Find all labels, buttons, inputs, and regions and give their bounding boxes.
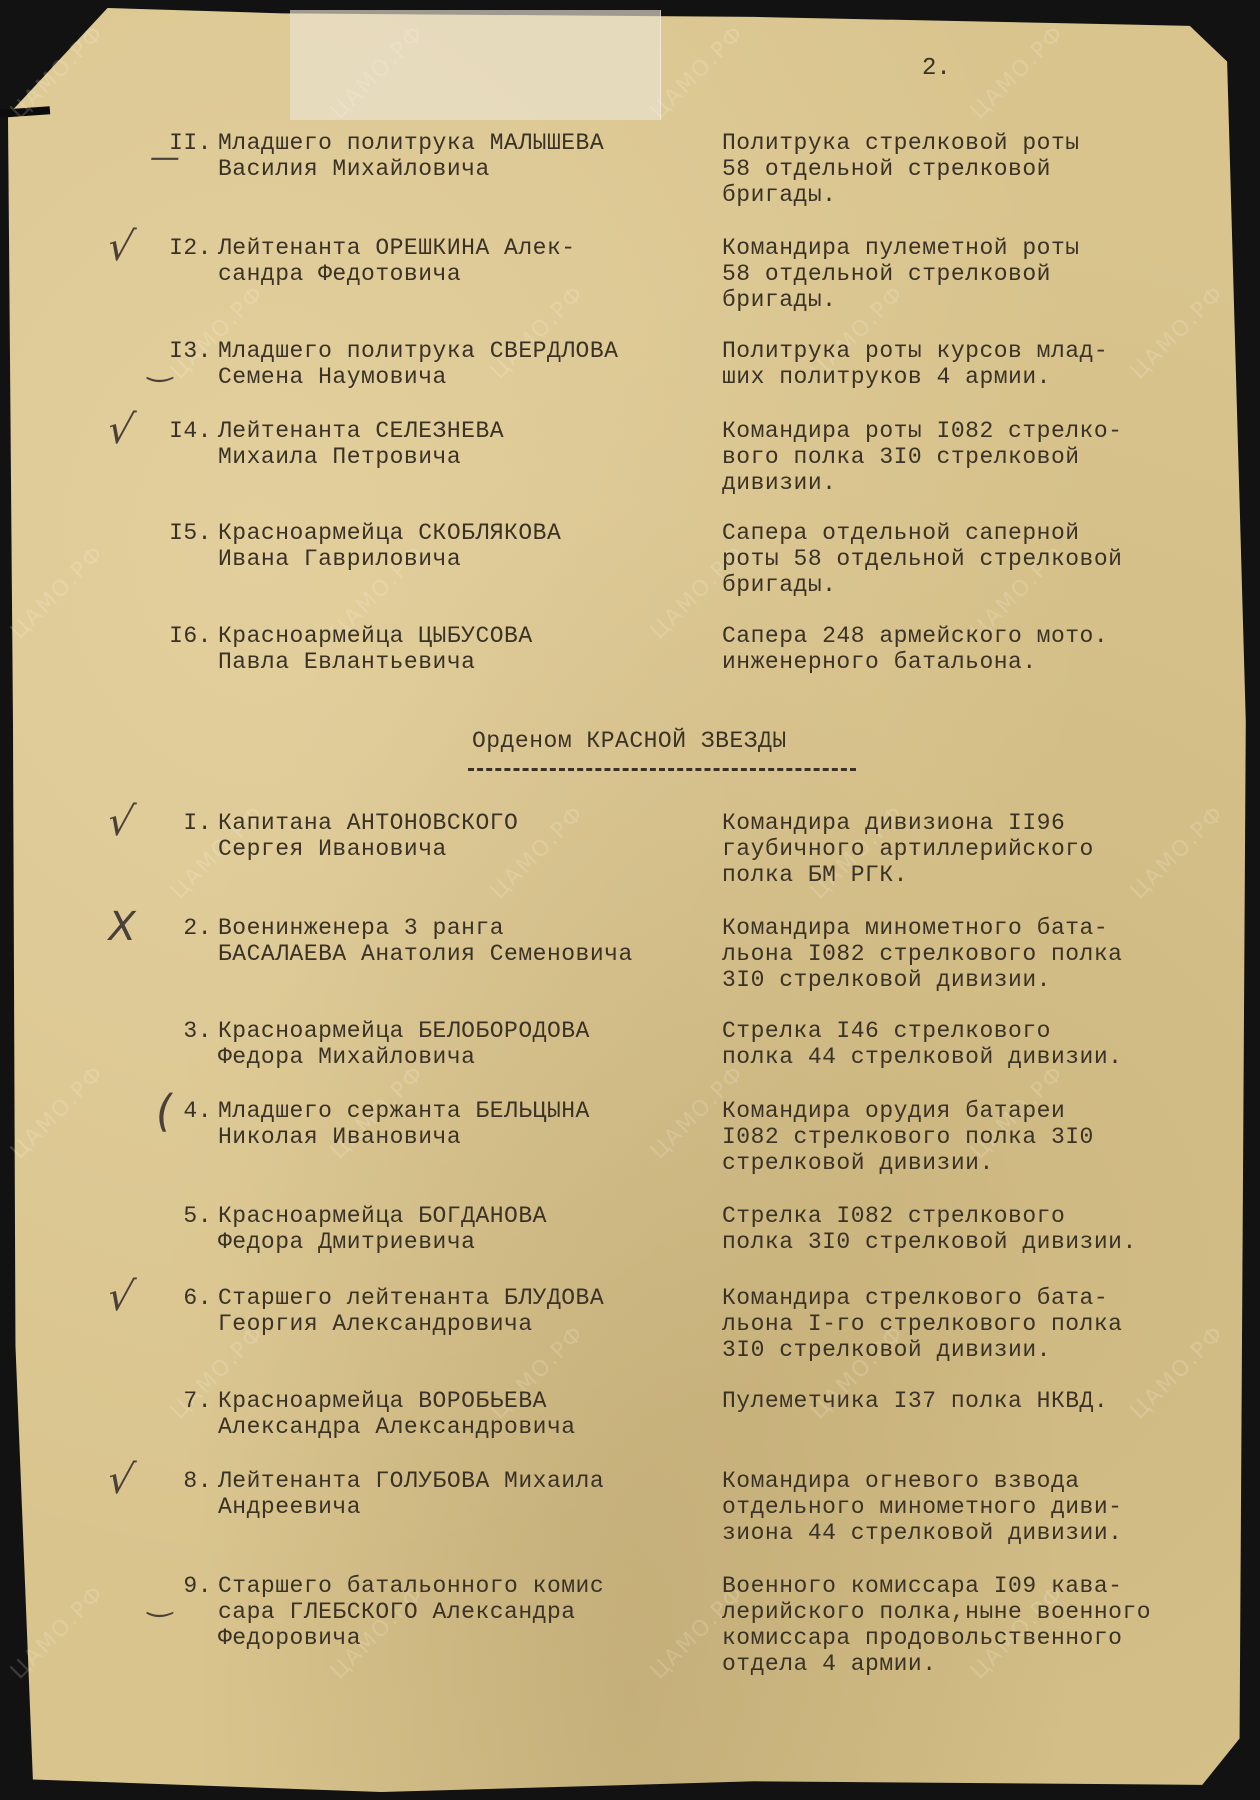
entry-number: I. — [150, 810, 212, 836]
recipient-position-line: ших политруков 4 армии. — [722, 364, 1051, 390]
recipient-position-line: отдела 4 армии. — [722, 1651, 937, 1677]
recipient-name-line: Красноармейца БЕЛОБОРОДОВА — [218, 1018, 590, 1044]
recipient-position-line: Командира минометного бата- — [722, 915, 1108, 941]
recipient-position-line: полка 3I0 стрелковой дивизии. — [722, 1229, 1137, 1255]
recipient-position-line: Стрелка I46 стрелкового — [722, 1018, 1051, 1044]
recipient-name-line: сара ГЛЕБСКОГО Александра — [218, 1599, 576, 1625]
recipient-position-line: льона I-го стрелкового полка — [722, 1311, 1122, 1337]
entry-number: I2. — [150, 235, 212, 261]
recipient-name-line: Капитана АНТОНОВСКОГО — [218, 810, 518, 836]
recipient-name-line: Федора Дмитриевича — [218, 1229, 475, 1255]
recipient-name-line: Младшего политрука МАЛЫШЕВА — [218, 130, 604, 156]
entry-number: I5. — [150, 520, 212, 546]
recipient-position-line: зиона 44 стрелковой дивизии. — [722, 1520, 1122, 1546]
recipient-name-line: сандра Федотовича — [218, 261, 461, 287]
recipient-name-line: Военинженера 3 ранга — [218, 915, 504, 941]
recipient-name-line: Лейтенанта СЕЛЕЗНЕВА — [218, 418, 504, 444]
recipient-position-line: 3I0 стрелковой дивизии. — [722, 1337, 1051, 1363]
heading-underline — [468, 768, 856, 771]
recipient-name-line: Красноармейца ВОРОБЬЕВА — [218, 1388, 547, 1414]
recipient-position-line: стрелковой дивизии. — [722, 1150, 994, 1176]
recipient-name-line: Андреевича — [218, 1494, 361, 1520]
entry-number: 5. — [150, 1203, 212, 1229]
recipient-name-line: Лейтенанта ОРЕШКИНА Алек- — [218, 235, 576, 261]
recipient-name-line: Федора Михайловича — [218, 1044, 475, 1070]
recipient-position-line: Политрука стрелковой роты — [722, 130, 1080, 156]
recipient-position-line: бригады. — [722, 572, 836, 598]
entry-number: I6. — [150, 623, 212, 649]
recipient-position-line: бригады. — [722, 287, 836, 313]
recipient-name-line: Александра Александровича — [218, 1414, 576, 1440]
recipient-position-line: 58 отдельной стрелковой — [722, 261, 1051, 287]
entry-number: I4. — [150, 418, 212, 444]
recipient-position-line: Стрелка I082 стрелкового — [722, 1203, 1065, 1229]
recipient-position-line: комиссара продовольственного — [722, 1625, 1122, 1651]
recipient-position-line: дивизии. — [722, 470, 836, 496]
recipient-position-line: льона I082 стрелкового полка — [722, 941, 1122, 967]
recipient-position-line: Командира пулеметной роты — [722, 235, 1080, 261]
recipient-position-line: полка БМ РГК. — [722, 862, 908, 888]
recipient-position-line: Сапера 248 армейского мото. — [722, 623, 1108, 649]
recipient-position-line: 58 отдельной стрелковой — [722, 156, 1051, 182]
entry-number: 3. — [150, 1018, 212, 1044]
recipient-position-line: инженерного батальона. — [722, 649, 1037, 675]
recipient-position-line: роты 58 отдельной стрелковой — [722, 546, 1122, 572]
recipient-position-line: полка 44 стрелковой дивизии. — [722, 1044, 1122, 1070]
entry-number: 7. — [150, 1388, 212, 1414]
entry-number: 2. — [150, 915, 212, 941]
recipient-position-line: Командира орудия батареи — [722, 1098, 1065, 1124]
recipient-position-line: Сапера отдельной саперной — [722, 520, 1080, 546]
page-number: 2. — [922, 55, 951, 82]
recipient-name-line: Федоровича — [218, 1625, 361, 1651]
recipient-position-line: Военного комиссара I09 кава- — [722, 1573, 1122, 1599]
recipient-name-line: Василия Михайловича — [218, 156, 490, 182]
recipient-name-line: Младшего сержанта БЕЛЬЦЫНА — [218, 1098, 590, 1124]
recipient-position-line: Командира огневого взвода — [722, 1468, 1080, 1494]
entry-number: 6. — [150, 1285, 212, 1311]
section-heading: Орденом КРАСНОЙ ЗВЕЗДЫ — [472, 728, 787, 754]
recipient-name-line: Старшего лейтенанта БЛУДОВА — [218, 1285, 604, 1311]
recipient-position-line: 3I0 стрелковой дивизии. — [722, 967, 1051, 993]
recipient-name-line: Ивана Гавриловича — [218, 546, 461, 572]
recipient-name-line: Михаила Петровича — [218, 444, 461, 470]
recipient-position-line: отдельного минометного диви- — [722, 1494, 1122, 1520]
recipient-name-line: Младшего политрука СВЕРДЛОВА — [218, 338, 618, 364]
recipient-position-line: Командира дивизиона II96 — [722, 810, 1065, 836]
recipient-position-line: бригады. — [722, 182, 836, 208]
recipient-name-line: Павла Евлантьевича — [218, 649, 475, 675]
recipient-position-line: Политрука роты курсов млад- — [722, 338, 1108, 364]
recipient-name-line: Красноармейца ЦЫБУСОВА — [218, 623, 533, 649]
recipient-name-line: Сергея Ивановича — [218, 836, 447, 862]
recipient-name-line: Николая Ивановича — [218, 1124, 461, 1150]
recipient-position-line: Командира роты I082 стрелко- — [722, 418, 1122, 444]
recipient-name-line: Красноармейца БОГДАНОВА — [218, 1203, 547, 1229]
recipient-position-line: Пулеметчика I37 полка НКВД. — [722, 1388, 1108, 1414]
recipient-name-line: БАСАЛАЕВА Анатолия Семеновича — [218, 941, 633, 967]
recipient-position-line: лерийского полка,ныне военного — [722, 1599, 1151, 1625]
recipient-name-line: Семена Наумовича — [218, 364, 447, 390]
recipient-position-line: Командира стрелкового бата- — [722, 1285, 1108, 1311]
recipient-position-line: вого полка 3I0 стрелковой — [722, 444, 1080, 470]
entry-number: 8. — [150, 1468, 212, 1494]
recipient-position-line: гаубичного артиллерийского — [722, 836, 1094, 862]
recipient-position-line: I082 стрелкового полка 3I0 — [722, 1124, 1094, 1150]
recipient-name-line: Красноармейца СКОБЛЯКОВА — [218, 520, 561, 546]
recipient-name-line: Лейтенанта ГОЛУБОВА Михаила — [218, 1468, 604, 1494]
recipient-name-line: Старшего батальонного комис — [218, 1573, 604, 1599]
recipient-name-line: Георгия Александровича — [218, 1311, 533, 1337]
